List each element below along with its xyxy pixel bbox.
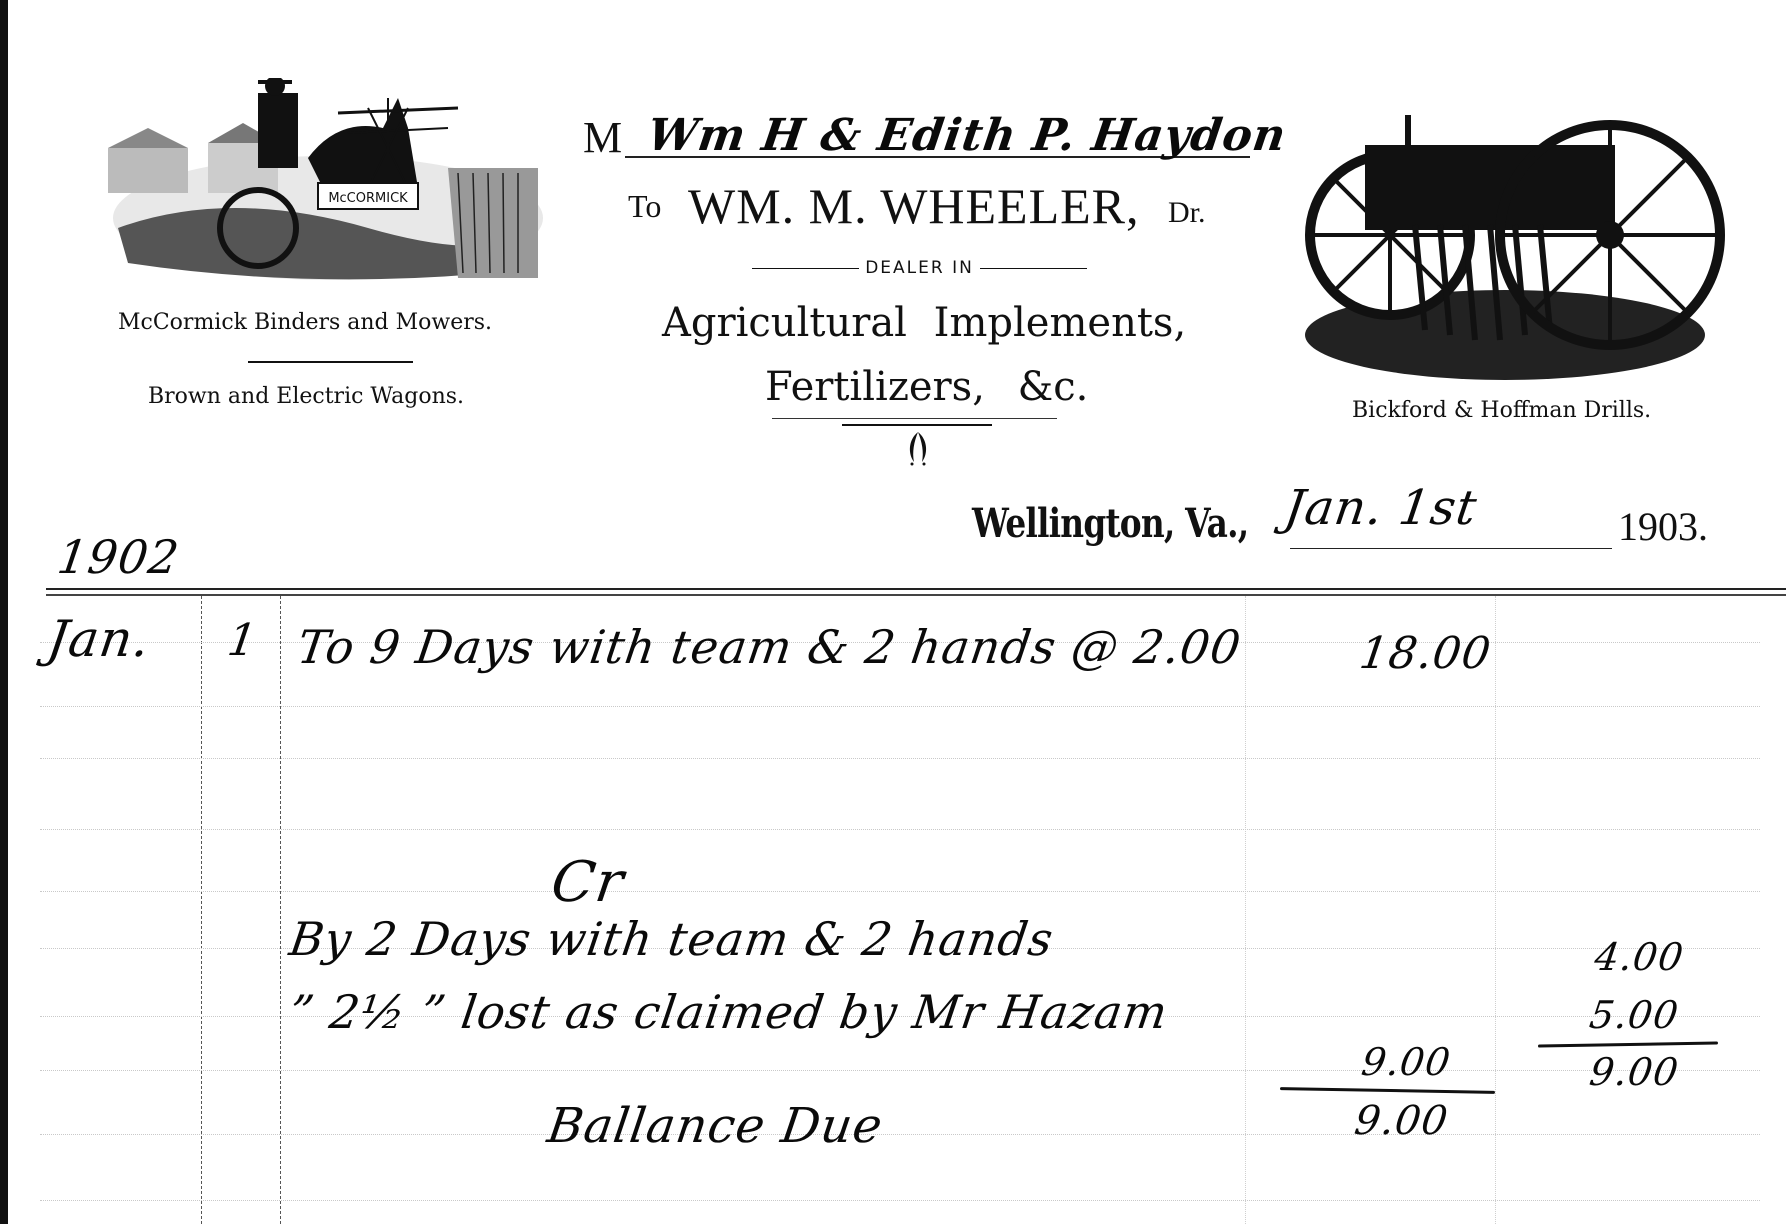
goods-line-2: Fertilizers, &c. — [765, 364, 1088, 410]
credit-total: 9.00 — [1587, 1050, 1682, 1094]
ledger-row-rule — [40, 706, 1760, 707]
ledger-row-rule — [40, 1200, 1760, 1201]
dealer-name: WM. M. WHEELER, — [688, 177, 1140, 235]
caption-drills: Bickford & Hoffman Drills. — [1352, 398, 1651, 423]
ledger-row-rule — [40, 1134, 1760, 1135]
balance-rule — [1280, 1087, 1495, 1094]
addressee-handwritten: Wm H & Edith P. Haydon — [644, 110, 1289, 161]
entry-day: 1 — [224, 615, 260, 666]
dealer-in-label: DEALER IN — [865, 258, 974, 278]
goods-line-1: Agricultural Implements, — [662, 300, 1186, 346]
credit-entry-amount: 4.00 — [1592, 935, 1687, 979]
ledger-row-rule — [40, 829, 1760, 830]
ledger-column-rule-cents — [1495, 596, 1496, 1224]
addressee-prefix: M — [583, 112, 622, 163]
date-line — [1290, 548, 1612, 549]
subtracted-amount: 9.00 — [1359, 1040, 1454, 1084]
divider-rule — [248, 361, 413, 363]
year-printed: 1903. — [1618, 503, 1708, 550]
caption-wagons: Brown and Electric Wagons. — [148, 384, 464, 409]
ledger-top-rule-2 — [46, 594, 1786, 596]
scan-edge — [0, 0, 8, 1224]
date-handwritten: Jan. 1st — [1281, 480, 1481, 536]
ledger-row-rule — [40, 891, 1760, 892]
credit-label: Cr — [547, 850, 628, 915]
balance-label: Ballance Due — [544, 1098, 886, 1154]
credit-entry-amount: 5.00 — [1587, 993, 1682, 1037]
ledger-column-rule-month — [201, 596, 202, 1224]
entry-month: Jan. — [44, 610, 154, 668]
credit-entry-description: ” 2½ ” lost as claimed by Mr Hazam — [286, 985, 1171, 1039]
mccormick-harvester-illustration: McCORMICK — [108, 78, 548, 283]
debtor-label: Dr. — [1168, 196, 1206, 230]
ledger-year: 1902 — [54, 530, 183, 584]
balance-amount: 9.00 — [1352, 1098, 1452, 1144]
header-rule-bold — [842, 424, 992, 426]
ledger-column-rule-day — [280, 596, 281, 1224]
leaf-ornament-icon — [904, 430, 932, 466]
ledger-column-rule-amount — [1245, 596, 1246, 1224]
caption-mccormick: McCormick Binders and Mowers. — [118, 310, 492, 335]
header-rule — [772, 418, 1057, 419]
place-label: Wellington, Va., — [972, 500, 1248, 547]
dealer-in-rule-right — [980, 268, 1087, 269]
credit-entry-description: By 2 Days with team & 2 hands — [286, 912, 1057, 966]
dealer-in-banner: DEALER IN — [752, 258, 1087, 278]
to-label: To — [628, 188, 661, 225]
dealer-in-rule-left — [752, 268, 859, 269]
entry-description: To 9 Days with team & 2 hands @ 2.00 — [294, 620, 1244, 674]
credit-sum-rule — [1538, 1041, 1718, 1047]
ledger-row-rule — [40, 758, 1760, 759]
entry-amount: 18.00 — [1356, 628, 1494, 679]
ledger-top-rule — [46, 588, 1786, 590]
ledger-row-rule — [40, 1070, 1760, 1071]
grain-drill-illustration — [1305, 95, 1725, 390]
svg-text:McCORMICK: McCORMICK — [328, 191, 408, 206]
